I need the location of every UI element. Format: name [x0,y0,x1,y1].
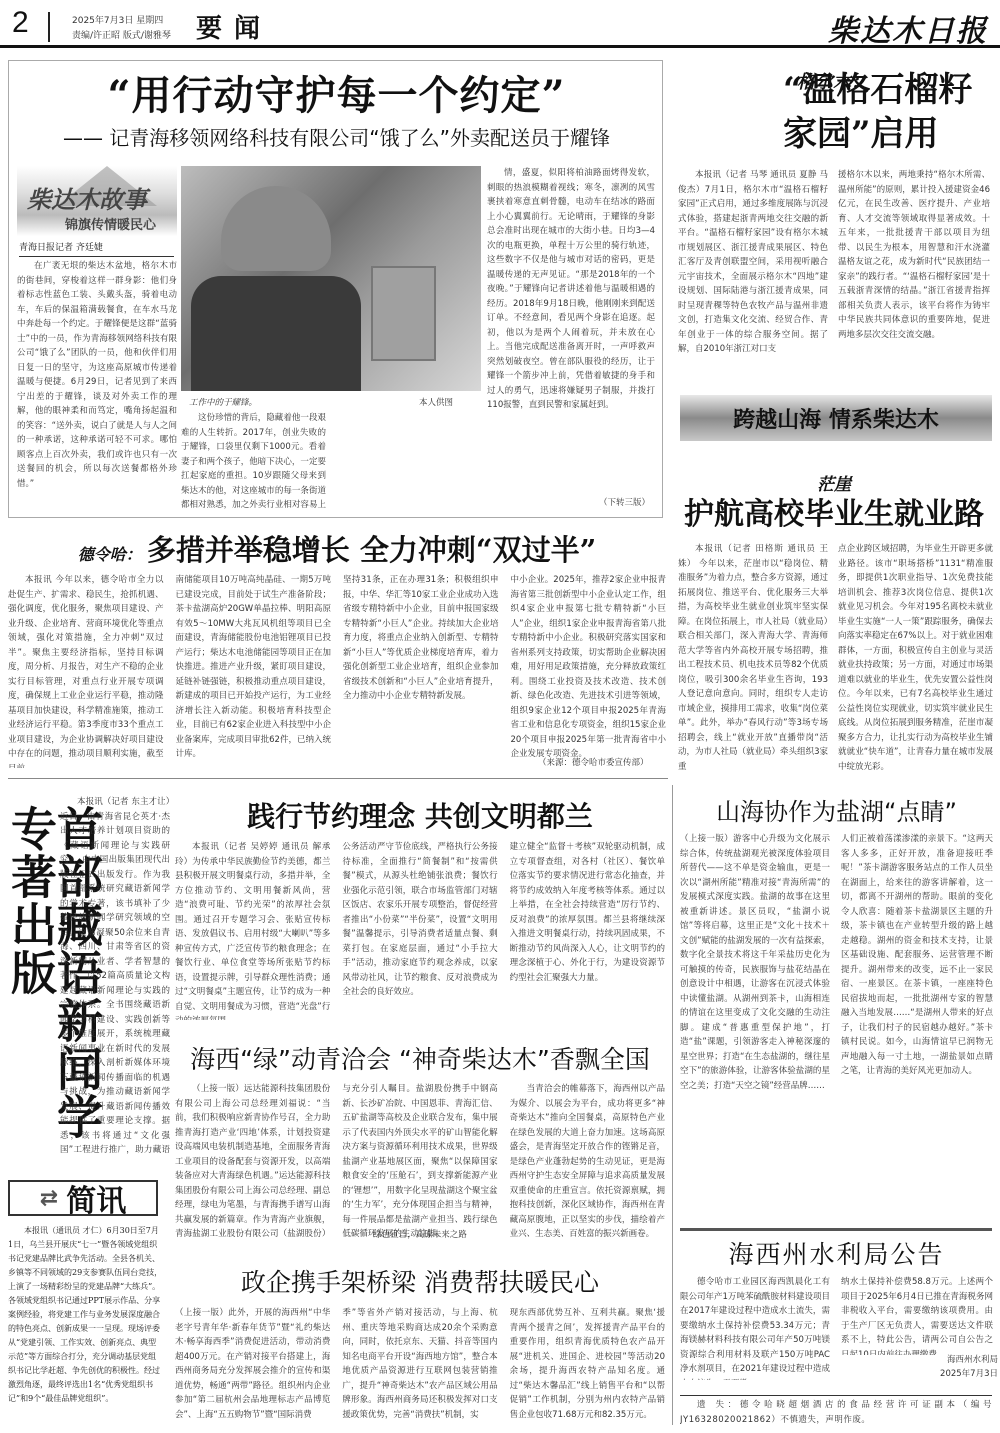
notice-col-1: 德令哈市工业园区海西凯晨化工有限公司年产1万吨苯硫酰胺材料建设项目在2017年建… [680,1275,830,1380]
lead-story-subtitle: —— 记青海移领网络科技有限公司“饿了么”外卖配送员于耀锋 [9,125,664,151]
story-3: 践行节约理念 共创文明都兰 本报讯（记者 吴婷婷 通讯员 解承玲）为传承中华民族… [175,785,665,1025]
story-4: 海西“绿”动青洽会 “神奇柴达木”香飘全国 （上接一版）远达能源科技集团股份有限… [175,1030,665,1245]
lead-story-title: “用行动守护每一个约定” [9,73,664,119]
story-2: 德令哈： 多措并举稳增长 全力冲刺“双过半” 本报讯 今年以来，德令哈市全力以赴… [8,528,666,773]
right-story-1-col-1: 本报讯（记者 马琴 通讯员 夏静 马俊杰）7月1日，格尔木市“温格石榴籽家园”正… [678,168,828,393]
right-story-3-col-2: 人们正被着荡漾渗漾的亲景下。“这两天客人多多，正好开放，准备迎接旺季呢！”茶卡湖… [841,832,993,1217]
story-3-col-2: 公务活动严守节俭底线，严格执行公务接待标准，全面推行“简餐制”和“按需供餐”模式… [342,840,497,1020]
byline: 青海日报记者 齐廷婕 [19,240,174,257]
lead-col-1: 在广袤无垠的柴达木盆地，格尔木市的街巷间，穿梭着这样一群身影：他们身着标志性蓝色… [17,259,177,509]
story-4-col-2: 与充分引人瞩目。盐湖股份携手中钢高新、长沙矿冶院、中国恩菲、青海汇信、五矿盐湖等… [342,1082,497,1242]
story-3-columns: 本报讯（记者 吴婷婷 通讯员 解承玲）为传承中华民族勤俭节约美德，都兰县积极开展… [175,840,665,1020]
story-2-source: （来源：德令哈市委宣传部） [538,756,668,771]
notice-date: 2025年7月3日 [913,1367,998,1382]
story-3-title: 践行节约理念 共创文明都兰 [175,795,665,835]
story-4-col-1: （上接一版）远达能源科技集团股份有限公司上海公司总经理刘福说：“当前，我们积极响… [175,1082,330,1242]
masthead: 2 2025年7月3日 星期四 责编/许正昭 版式/谢雅琴 要闻 柴达木日报 [0,0,1000,48]
divider [680,1395,992,1396]
lost-notice: 遗 失：德令哈晓超烟酒店的食品经营许可证副本（编号JY1632802002186… [680,1398,992,1430]
right-story-2-title: 护航高校毕业生就业路 [673,495,995,535]
brief-body: 本报讯（通讯员 才仁）6月30日至7月1日，乌兰县开展庆“七一”暨各领域党组织书… [8,1224,163,1424]
story-2-col-3: 坚持31条，正在办理31条；积极组织申报，中华、华汇等10家工业企业成功入选省级… [343,573,499,768]
story-5-col-1: （上接一版）此外，开展的海西州“中华老字号青年华·新春年货节”暨“礼约柴达木·畅… [175,1306,330,1426]
column-logo: 柴达木故事 锦旗传情暖民心 [17,166,177,236]
divider [8,778,668,779]
banner-text: 跨越山海 情系柴达木 [733,403,939,434]
right-story-2-kicker: 茫崖 [673,470,995,495]
delivery-rider-photo [181,166,481,391]
photo-caption: 工作中的于耀锋。 [189,396,257,408]
story-3-col-3: 建立健全“监督＋考核”双轮驱动机制，成立专项督查组，对各村（社区）、餐饮单位落实… [510,840,665,1020]
story-2-headline: 德令哈： 多措并举稳增长 全力冲刺“双过半” [8,528,666,569]
story-4-footer: 绿色宣言，高原未来之路 [340,1228,500,1243]
brief-box: ⇄ 简讯 本报讯（通讯员 才仁）6月30日至7月1日，乌兰县开展庆“七一”暨各领… [8,1180,168,1430]
story-2-kicker: 德令哈： [78,545,142,564]
story-5-col-3: 现东西部优势互补、互利共赢。聚焦‘援青两个援青之间’，发挥援青产品平台的重要作用… [510,1306,665,1426]
story-2-title: 多措并举稳增长 全力冲刺“双过半” [147,533,596,567]
story-5-columns: （上接一版）此外，开展的海西州“中华老字号青年华·新春年货节”暨“礼约柴达木·畅… [175,1306,665,1426]
story-5-col-2: 季”等省外产销对接活动，与上海、杭州、重庆等地采购商达成20余个采购意向，同时，… [342,1306,497,1426]
notice-signature: 海西州水利局 [928,1353,998,1368]
story-4-col-3: 当青洽会的帷幕落下，海西州以产品为媒介、以展会为平台，成功将更多“神奇柴达木”推… [510,1082,665,1242]
story-2-col-1: 本报讯 今年以来，德令哈市全力以赴促生产、扩需求、稳民生，抢抓机遇、强化调度，优… [8,573,164,768]
divider [48,12,50,42]
photo-credit: 本人供图 [419,396,453,408]
vertical-story: 首部藏语新闻学专著出版 本报讯（记者 东主才让）近日，由青海省昆仑英才·杰出人才… [8,785,168,1155]
right-story-2: 茫崖 护航高校毕业生就业路 本报讯（记者 田格斯 通讯员 王姝） 今年以来，茫崖… [673,465,995,785]
story-4-title: 海西“绿”动青洽会 “神奇柴达木”香飘全国 [175,1040,665,1076]
paper-name: 柴达木日报 [828,6,988,50]
lead-story: “用行动守护每一个约定” —— 记青海移领网络科技有限公司“饿了么”外卖配送员于… [8,60,663,518]
dateline: 2025年7月3日 星期四 责编/许正昭 版式/谢雅琴 [72,14,171,44]
right-story-1: 格尔木： “温格石榴籽家园”启用 本报讯（记者 马琴 通讯员 夏静 马俊杰）7月… [673,68,993,388]
brief-title: 简讯 [66,1176,126,1220]
bag-shape [371,266,436,361]
brief-header: ⇄ 简讯 [8,1180,158,1216]
story-4-columns: （上接一版）远达能源科技集团股份有限公司上海公司总经理刘福说：“当前，我们积极响… [175,1082,665,1242]
right-story-1-title: “温格石榴籽家园”启用 [693,68,993,156]
divider [672,785,673,1425]
issue-date: 2025年7月3日 星期四 [72,14,171,29]
column-logo-text: 柴达木故事 [27,180,147,215]
vertical-story-body: 本报讯（记者 东主才让）近日，由青海省昆仑英才·杰出人才培养计划项目资助的《藏语… [60,795,170,1155]
jacket-shape [191,276,361,391]
notice: 海西州水利局公告 德令哈市工业园区海西凯晨化工有限公司年产1万吨苯硫酰胺材料建设… [678,1235,995,1385]
lead-col-2b [334,411,479,511]
helmet-shape [221,186,331,271]
page-number: 2 [12,6,29,40]
notice-title: 海西州水利局公告 [678,1235,995,1271]
column-tagline: 锦旗传情暖民心 [65,214,156,233]
right-story-3: 山海协作为盐湖“点睛” （上接一版）游客中心升级为文化展示综合体，传统盐湖观光被… [678,790,995,1220]
right-story-3-title: 山海协作为盐湖“点睛” [678,792,995,827]
story-5: 政企携手架桥梁 消费帮扶暖民心 （上接一版）此外，开展的海西州“中华老字号青年华… [175,1258,665,1428]
story-2-columns: 本报讯 今年以来，德令哈市全力以赴促生产、扩需求、稳民生，抢抓机遇、强化调度，优… [8,573,666,768]
refresh-arrows-icon: ⇄ [40,1186,58,1211]
section-title: 要闻 [196,8,272,45]
divider [680,1228,992,1231]
lead-col-2: 这份珍惜的背后，隐藏着他一段艰难的人生转折。2017年，创业失败的于耀锋，口袋里… [181,411,326,511]
editors: 责编/许正昭 版式/谢雅琴 [72,29,171,44]
right-story-1-col-2: 援格尔木以来，两地秉持“格尔木所需、温州所能”的原则，累计投入援建资金46亿元，… [838,168,990,393]
story-2-col-4: 中小企业。2025年，推荐2家企业申报青海省第三批创新型中小企业认定工作，组织4… [511,573,667,768]
story-5-title: 政企携手架桥梁 消费帮扶暖民心 [175,1263,665,1299]
right-story-2-col-1: 本报讯（记者 田格斯 通讯员 王姝） 今年以来，茫崖市以“稳岗位、精准服务”为着… [678,542,828,777]
banner: 跨越山海 情系柴达木 [680,395,992,441]
lead-col-3: 情，盛夏，似阳将柏油路面烤得发软，刺眼的热浪模糊着视线；寒冬，凛冽的风雪裹挟着寒… [487,166,655,496]
continued-note[interactable]: （下转三版） [599,496,659,511]
story-2-col-2: 南储能项目10万吨高纯晶硅、一期5万吨已建设完成，目前处于试生产准备阶段；茶卡盐… [176,573,332,768]
right-story-3-col-1: （上接一版）游客中心升级为文化展示综合体，传统盐湖观光被深度体验项目所替代——这… [680,832,830,1217]
right-story-2-col-2: 点企业跨区域招聘，为毕业生开辟更多就业路径。该市“职场搭桥”1131“精准服务，… [838,542,993,777]
story-3-col-1: 本报讯（记者 吴婷婷 通讯员 解承玲）为传承中华民族勤俭节约美德，都兰县积极开展… [175,840,330,1020]
notice-col-2: 纳水土保持补偿费58.8万元。上述两个项目于2025年6月4日已推在青海税务网非… [841,1275,993,1355]
